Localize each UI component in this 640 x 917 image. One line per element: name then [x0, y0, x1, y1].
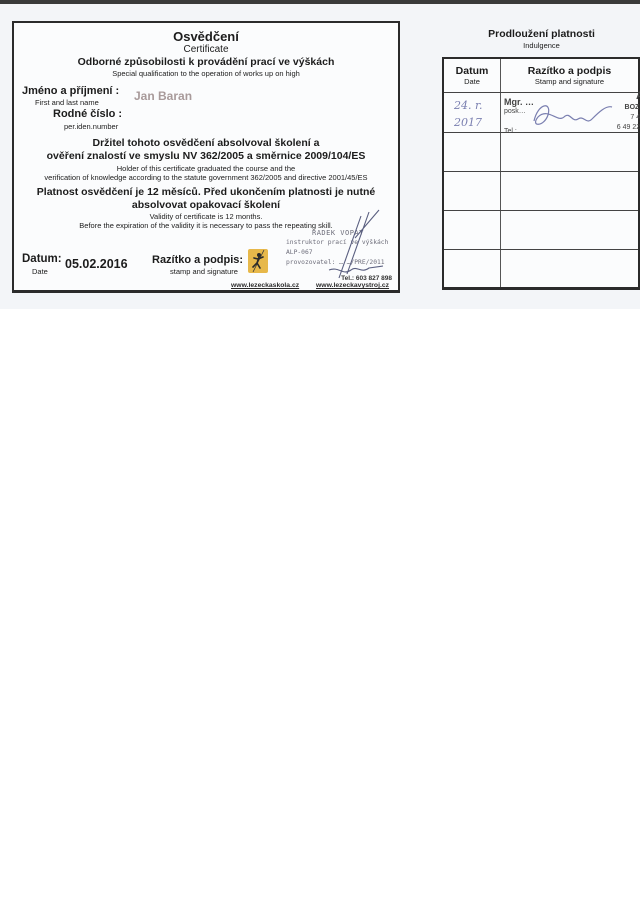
extension-table: Datum Date Razítko a podpis Stamp and si…: [442, 57, 640, 290]
instructor-stamp-line2: instruktor prací ve výškách ALP-067: [286, 238, 401, 258]
date-label: Datum:: [22, 253, 62, 265]
column-header-stamp: Razítko a podpis Stamp and signature: [501, 65, 638, 86]
holder-statement-en-line2: verification of knowledge according to t…: [14, 173, 398, 182]
website-link-2[interactable]: www.lezeckavystroj.cz: [316, 282, 389, 289]
phone-number: Tel.: 603 827 898: [341, 275, 392, 282]
instructor-name: RADEK VOPAT: [286, 228, 401, 238]
validity-statement-en-line1: Validity of certificate is 12 months.: [14, 212, 398, 221]
website-link-1[interactable]: www.lezeckaskola.cz: [231, 282, 299, 289]
date-value: 05.02.2016: [65, 257, 128, 271]
instructor-stamp-line3: provozovatel: …/…/PRE/2011: [286, 258, 401, 268]
row-divider: [444, 249, 638, 250]
renewal-date-handwritten: 24. r. 2017: [454, 97, 483, 131]
birth-number-label: Rodné číslo :: [53, 108, 122, 120]
stamp-label-en: stamp and signature: [170, 267, 238, 276]
qualification-title-en: Special qualification to the operation o…: [14, 69, 398, 78]
column-header-date: Datum Date: [444, 65, 500, 86]
holder-statement-line2: ověření znalostí ve smyslu NV 362/2005 a…: [14, 150, 398, 162]
certificate-title-en: Certificate: [14, 44, 398, 55]
column-divider: [500, 59, 501, 287]
birth-number-label-en: per.iden.number: [64, 122, 118, 131]
certificate-title: Osvědčení: [14, 29, 398, 44]
renewal-signature-icon: [524, 97, 614, 131]
validity-statement-line1: Platnost osvědčení je 12 měsíců. Před uk…: [14, 186, 398, 198]
climber-logo-icon: [248, 249, 268, 273]
validity-statement-line2: absolvovat opakovací školení: [14, 199, 398, 211]
holder-statement-line1: Držitel tohoto osvědčení absolvoval škol…: [14, 137, 398, 149]
certificate-card: Osvědčení Certificate Odborné způsobilos…: [12, 21, 400, 293]
name-value: Jan Baran: [134, 89, 192, 103]
row-divider: [444, 92, 638, 93]
holder-statement-en-line1: Holder of this certificate graduated the…: [14, 164, 398, 173]
date-label-en: Date: [32, 267, 48, 276]
extension-title-en: Indulgence: [443, 41, 640, 50]
row-divider: [444, 171, 638, 172]
extension-title: Prodloužení platnosti: [443, 28, 640, 40]
qualification-title: Odborné způsobilosti k provádění prací v…: [14, 56, 398, 68]
row-divider: [444, 210, 638, 211]
stamp-label: Razítko a podpis:: [152, 254, 243, 266]
name-label-en: First and last name: [35, 98, 99, 107]
name-label: Jméno a příjmení :: [22, 85, 119, 97]
